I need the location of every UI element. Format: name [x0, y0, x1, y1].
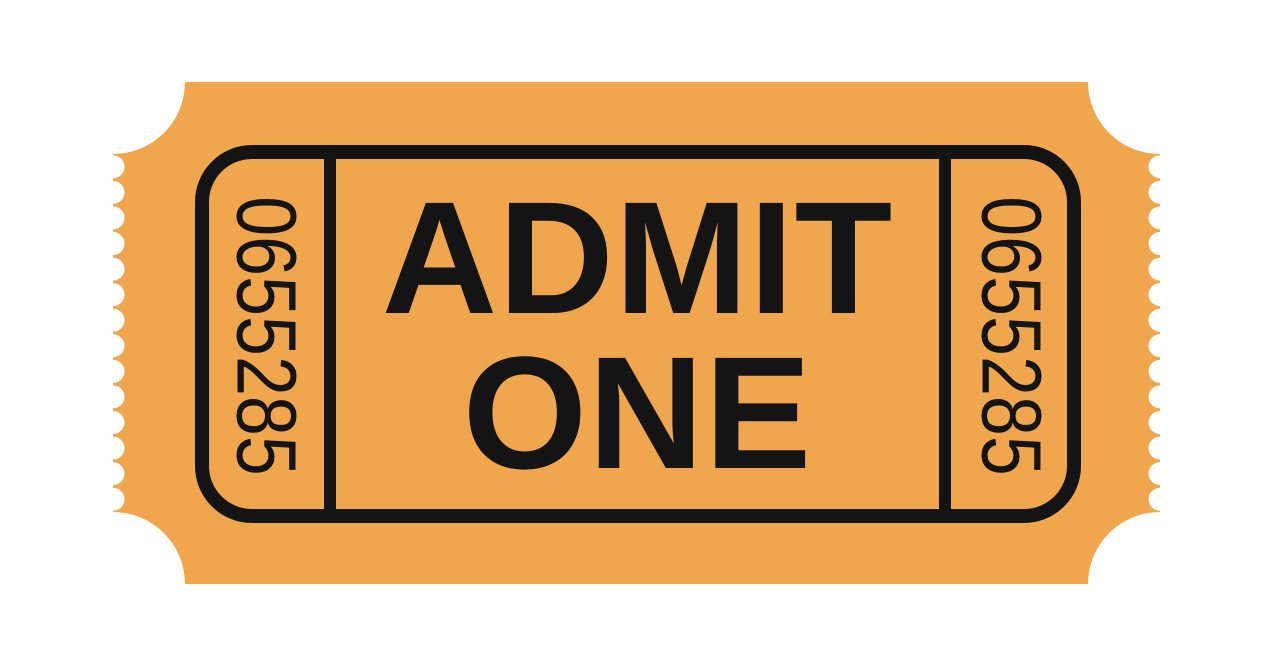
serial-number-left: 0655285 [232, 196, 299, 476]
ticket-illustration: 0655285 0655285 ADMIT ONE [0, 0, 1280, 671]
admit-line: ADMIT [337, 180, 938, 335]
one-line: ONE [337, 335, 938, 490]
admit-one-label: ADMIT ONE [337, 180, 938, 490]
serial-number-right: 0655285 [977, 196, 1044, 476]
